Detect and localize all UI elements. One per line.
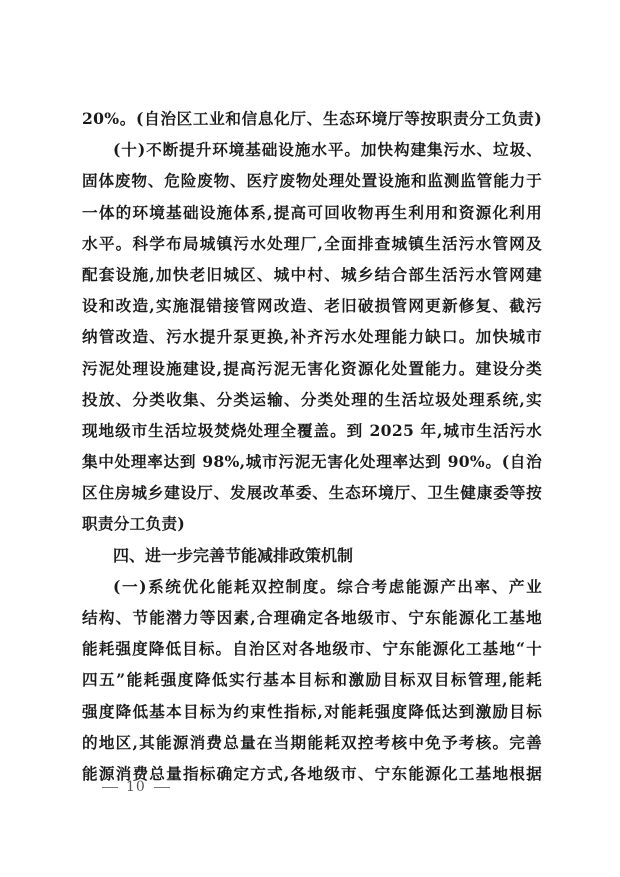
section-10-paragraph-start: (十)不断提升环境基础设施水平。加快构建集污水、垃圾、 — [82, 134, 542, 165]
text-line-3: 固体废物、危险废物、医疗废物处理处置设施和监测监管能力于 — [82, 165, 542, 196]
subsection-1-paragraph-start: (一)系统优化能耗双控制度。综合考虑能源产出率、产业 — [82, 571, 542, 602]
body-text: 20%。(自治区工业和信息化厅、生态环境厅等按职责分工负责) (十)不断提升环境… — [82, 103, 542, 789]
dash-right — [154, 787, 170, 788]
section-heading-4: 四、进一步完善节能减排政策机制 — [82, 540, 542, 571]
text-line-8: 纳管改造、污水提升泵更换,补齐污水处理能力缺口。加快城市 — [82, 321, 542, 352]
text-line-21: 的地区,其能源消费总量在当期能耗双控考核中免予考核。完善 — [82, 727, 542, 758]
page-number-value: 10 — [126, 779, 146, 795]
text-line-12: 集中处理率达到 98%,城市污泥无害化处理率达到 90%。(自治 — [82, 446, 542, 477]
text-line-9: 污泥处理设施建设,提高污泥无害化资源化处置能力。建设分类 — [82, 353, 542, 384]
text-line-11: 现地级市生活垃圾焚烧处理全覆盖。到 2025 年,城市生活污水 — [82, 415, 542, 446]
text-line-7: 设和改造,实施混错接管网改造、老旧破损管网更新修复、截污 — [82, 290, 542, 321]
text-line-10: 投放、分类收集、分类运输、分类处理的生活垃圾处理系统,实 — [82, 384, 542, 415]
text-line-13: 区住房城乡建设厅、发展改革委、生态环境厅、卫生健康委等按 — [82, 477, 542, 508]
text-line-5: 水平。科学布局城镇污水处理厂,全面排查城镇生活污水管网及 — [82, 228, 542, 259]
text-line-6: 配套设施,加快老旧城区、城中村、城乡结合部生活污水管网建 — [82, 259, 542, 290]
text-line-4: 一体的环境基础设施体系,提高可回收物再生利用和资源化利用 — [82, 197, 542, 228]
text-line-18: 能耗强度降低目标。自治区对各地级市、宁东能源化工基地“十 — [82, 633, 542, 664]
text-line-17: 结构、节能潜力等因素,合理确定各地级市、宁东能源化工基地 — [82, 602, 542, 633]
text-line-1: 20%。(自治区工业和信息化厅、生态环境厅等按职责分工负责) — [82, 103, 542, 134]
text-line-19: 四五”能耗强度降低实行基本目标和激励目标双目标管理,能耗 — [82, 664, 542, 695]
page-number: 10 — [94, 779, 178, 795]
dash-left — [102, 787, 118, 788]
text-line-20: 强度降低基本目标为约束性指标,对能耗强度降低达到激励目标 — [82, 696, 542, 727]
text-line-14: 职责分工负责) — [82, 508, 542, 539]
document-page: 20%。(自治区工业和信息化厅、生态环境厅等按职责分工负责) (十)不断提升环境… — [0, 0, 620, 877]
